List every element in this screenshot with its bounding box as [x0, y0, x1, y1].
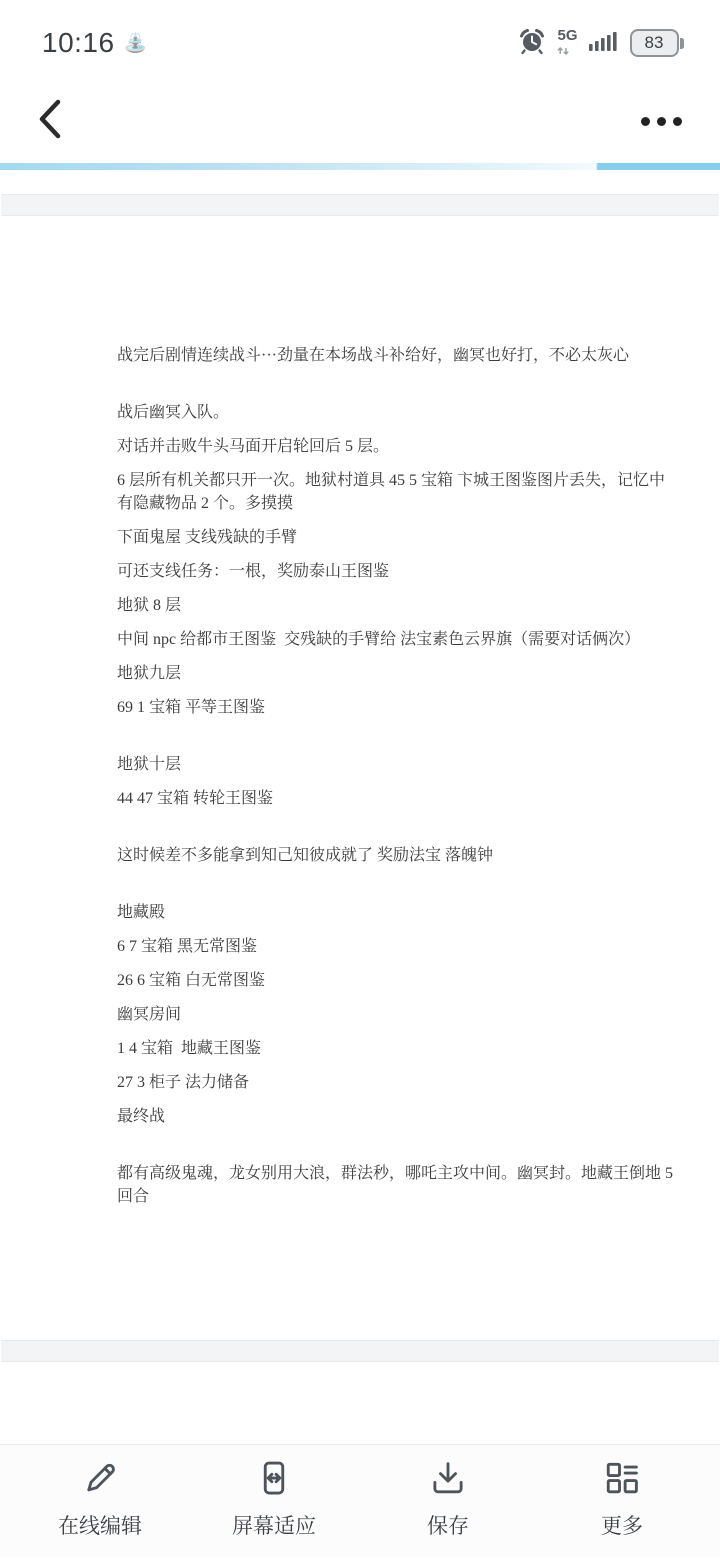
document-paragraph: 69 1 宝箱 平等王图鉴: [117, 696, 677, 719]
document-paragraph: 最终战: [117, 1105, 677, 1128]
progress-bar: [0, 163, 720, 170]
document-paragraph: 这时候差不多能拿到知己知彼成就了 奖励法宝 落魄钟: [117, 844, 677, 867]
alarm-icon: [518, 27, 546, 60]
tool-label: 屏幕适应: [232, 1510, 316, 1540]
phone-fit-icon: [254, 1458, 294, 1498]
document-paragraph: 下面鬼屋 支线残缺的手臂: [117, 526, 677, 549]
document-paragraph: 6 7 宝箱 黑无常图鉴: [117, 935, 677, 958]
more-menu-button[interactable]: [637, 102, 686, 142]
status-emoji: ⛲: [124, 31, 148, 55]
tool-label: 保存: [427, 1510, 469, 1540]
document-paragraph: 地狱 8 层: [117, 594, 677, 617]
signal-bars-icon: [589, 29, 619, 57]
screen: 10:16 ⛲ 5G: [0, 0, 720, 1560]
document-paragraph: 地藏殿: [117, 901, 677, 924]
tool-label: 在线编辑: [58, 1510, 142, 1540]
document-paragraph: 战完后剧情连续战斗···劲量在本场战斗补给好，幽冥也好打，不必太灰心: [117, 344, 677, 367]
document-paragraph: 44 47 宝箱 转轮王图鉴: [117, 787, 677, 810]
network-indicator: 5G: [557, 28, 577, 59]
bottom-toolbar: 在线编辑 屏幕适应 保存: [0, 1444, 720, 1558]
document-paragraph: 地狱十层: [117, 753, 677, 776]
status-right: 5G 83: [518, 27, 684, 60]
grid-more-icon: [602, 1458, 642, 1498]
document-paragraph: 中间 npc 给都市王图鉴 交残缺的手臂给 法宝素色云界旗（需要对话俩次）: [117, 628, 677, 651]
page-gap-bottom: [1, 1340, 719, 1362]
document-paragraph: 战后幽冥入队。: [117, 401, 677, 424]
fit-screen-button[interactable]: 屏幕适应: [224, 1458, 324, 1540]
document-paragraph: 都有高级鬼魂，龙女别用大浪，群法秒，哪吒主攻中间。幽冥封。地藏王倒地 5 回合: [117, 1162, 677, 1208]
network-type-label: 5G: [557, 28, 577, 43]
viewer-top-margin: [0, 170, 720, 194]
pencil-icon: [80, 1458, 120, 1498]
data-arrows-icon: [557, 43, 570, 59]
battery-indicator: 83: [630, 29, 685, 57]
document-paragraph: 6 层所有机关都只开一次。地狱村道具 45 5 宝箱 卞城王图鉴图片丢失，记忆中…: [117, 469, 677, 515]
ellipsis-dot: [657, 117, 666, 126]
battery-percent: 83: [645, 33, 664, 53]
nav-bar: [0, 80, 720, 163]
ellipsis-dot: [673, 117, 682, 126]
back-button[interactable]: [34, 98, 78, 146]
save-button[interactable]: 保存: [398, 1458, 498, 1540]
download-icon: [428, 1458, 468, 1498]
document-paragraph: 可还支线任务：一根，奖励泰山王图鉴: [117, 560, 677, 583]
more-tools-button[interactable]: 更多: [572, 1458, 672, 1540]
status-bar: 10:16 ⛲ 5G: [0, 0, 720, 80]
document-paragraph: 27 3 柜子 法力储备: [117, 1071, 677, 1094]
battery-nub: [680, 38, 684, 49]
document-paragraph: 地狱九层: [117, 662, 677, 685]
page-gap-top: [1, 194, 719, 216]
document-paragraph: 26 6 宝箱 白无常图鉴: [117, 969, 677, 992]
chevron-left-icon: [34, 98, 64, 145]
viewer-bottom-margin: [0, 1362, 720, 1444]
document-page[interactable]: 战完后剧情连续战斗···劲量在本场战斗补给好，幽冥也好打，不必太灰心 战后幽冥入…: [0, 216, 720, 1340]
ellipsis-dot: [641, 117, 650, 126]
tool-label: 更多: [601, 1510, 643, 1540]
document-paragraph: 1 4 宝箱 地藏王图鉴: [117, 1037, 677, 1060]
clock-time: 10:16: [42, 27, 115, 59]
document-paragraph: 幽冥房间: [117, 1003, 677, 1026]
online-edit-button[interactable]: 在线编辑: [50, 1458, 150, 1540]
status-left: 10:16 ⛲: [42, 27, 147, 59]
document-paragraph: 对话并击败牛头马面开启轮回后 5 层。: [117, 435, 677, 458]
